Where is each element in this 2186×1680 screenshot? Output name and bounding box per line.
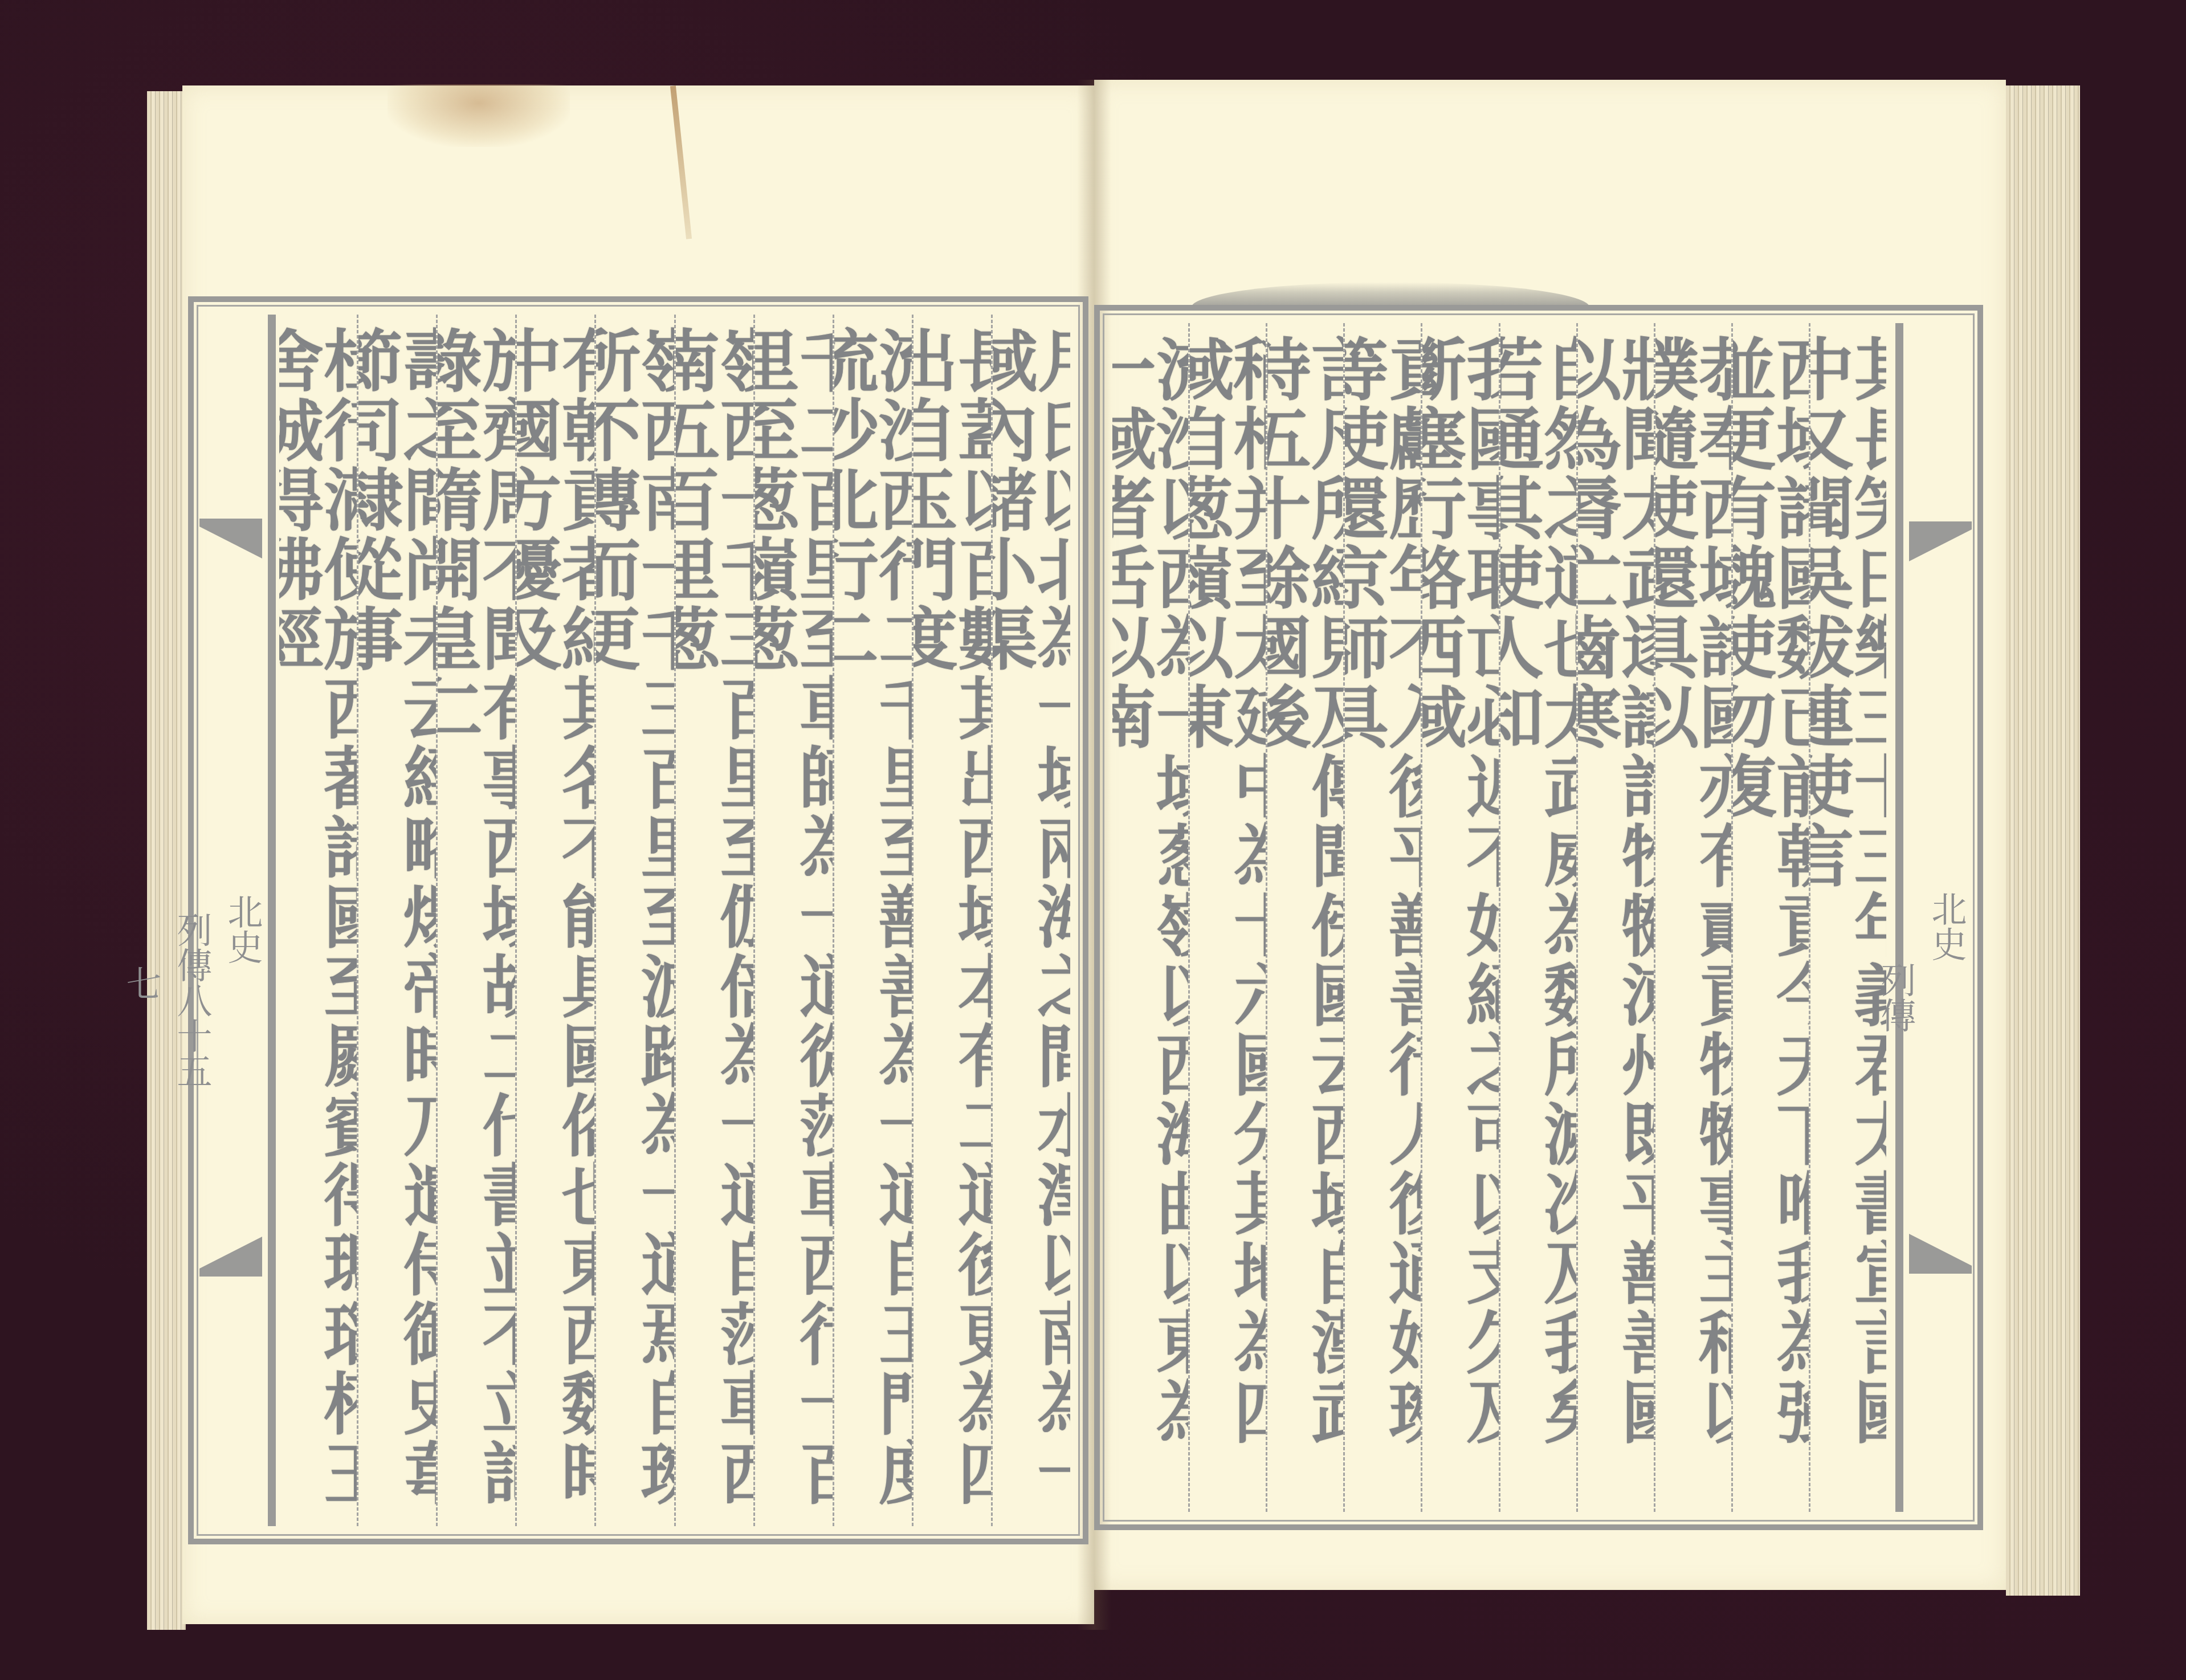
right-page-frame: 北史 列傳 其長笑曰樂三十三年義君太書宣言國中又聞吳拔連使言 西域諸國魏已前朝貢… [1094, 305, 1983, 1530]
text-column: 其長笑曰樂三十三年義君太書宣言國中又聞吳拔連使言 [1809, 323, 1886, 1512]
fold-title: 北史 [1921, 891, 1972, 961]
paper-stain [388, 84, 570, 147]
fold-page-number: 七 [116, 965, 166, 1001]
text-column: 流沙以西為一域葱嶺以西海曲以東為一域者舌以南 [1112, 323, 1188, 1512]
text-column: 言凡所經見及傳聞傍國云西域自漢武時五十餘國後 [1266, 323, 1343, 1512]
left-fold-strip: 北史 列傳八十五 七 [199, 315, 276, 1526]
text-column: 有朝貢者紀其名不能具國俗也東西魏時中國方擾及 [515, 315, 594, 1526]
left-page-frame: 北史 列傳八十五 七 月氏以北為一域兩海之間水澤以南為一域內諸小渠 長蓋以百數其… [188, 296, 1088, 1544]
text-column: 恭奉西域諸國亦有貳貢牧犍事主稍以僕隨使還具以 [1654, 323, 1731, 1512]
text-column: 嶺西南一千三百里至波路為一道焉自琬所不傳而更 [594, 315, 674, 1526]
text-column: 千二百里至車師為一道從莎車西行一百里至葱嶺葱 [753, 315, 833, 1526]
text-column: 壽之間尚未云經略煬帝時乃遣侍御史韋節司隸從事 [357, 315, 436, 1526]
right-text-columns: 其長笑曰樂三十三年義君太書宣言國中又聞吳拔連使言 西域諸國魏已前朝貢今天下唯我為… [1112, 323, 1886, 1512]
left-page-edge-stack [147, 91, 186, 1630]
text-column: 自然之道也太武威為魏所滅次及我矣若通其使人知 [1499, 323, 1576, 1512]
text-column: 流沙西行二千里至鄯善為一道自玉門度流沙北行二 [833, 315, 912, 1526]
text-column: 於齊周不聞有事西域故二代書並不立記錄至隋開皇仁 [436, 315, 515, 1526]
text-column: 我國事取亡必近不如絕之可以支久及斷塞行路西域 [1421, 323, 1498, 1512]
right-fold-strip: 北史 列傳 [1895, 323, 1972, 1512]
text-column: 稍相并至太延中為十六國分其地為四域自葱嶺以東 [1188, 323, 1266, 1512]
text-column: 月氏以北為一域兩海之間水澤以南為一域內諸小渠 [991, 315, 1070, 1526]
text-column: 貢獻歷年不入後平鄯善行人復通始琬等使還京師具 [1343, 323, 1421, 1512]
text-column: 嶺西一千三百里至伽倍為一道自莎車西南五百里葱 [674, 315, 753, 1526]
open-book: 北史 列傳八十五 七 月氏以北為一域兩海之間水澤以南為一域內諸小渠 長蓋以百數其… [0, 0, 2186, 1680]
text-column: 狀聞太武遂議討牧犍涼州既平鄯善國以為脣亡齒寒 [1576, 323, 1654, 1512]
fold-chapter: 列傳八十五 [166, 912, 217, 1088]
right-page-edge-stack [2006, 85, 2080, 1596]
fold-title: 北史 [217, 894, 268, 964]
text-column: 杜行滿使於西蕃諸國至罽賓得瑪瑙杯王舍城得佛經 [279, 315, 357, 1526]
left-text-columns: 月氏以北為一域兩海之間水澤以南為一域內諸小渠 長蓋以百數其出西域本有二道後更為四… [279, 315, 1070, 1526]
text-column: 長蓋以百數其出西域本有二道後更為四出自玉門度 [912, 315, 991, 1526]
text-column: 西域諸國魏已前朝貢今天下唯我為強並更有魏使勿復 [1731, 323, 1809, 1512]
